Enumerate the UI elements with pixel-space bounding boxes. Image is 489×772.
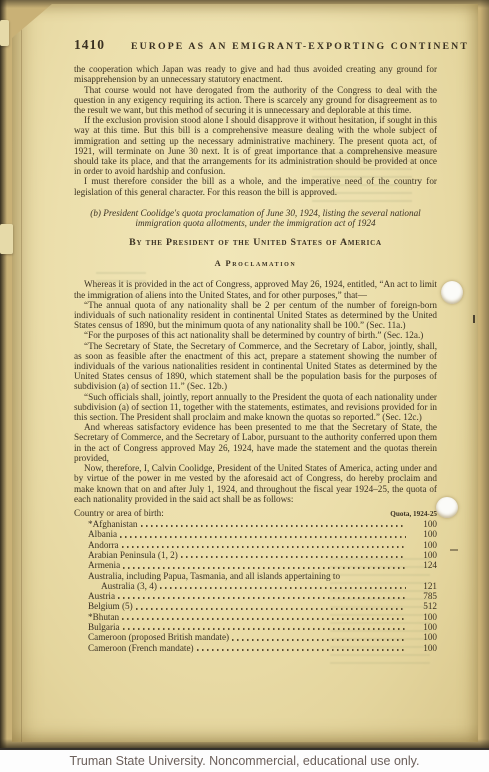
table-row: Australia (3, 4)121: [74, 581, 437, 591]
table-row: Australia, including Papua, Tasmania, an…: [74, 571, 437, 581]
proclamation-by-line: By the President of the United States of…: [74, 238, 437, 248]
dotted-leader: [232, 639, 406, 641]
country-name: Armenia: [74, 560, 120, 570]
dotted-leader: [160, 587, 406, 589]
dotted-leader: [118, 597, 406, 599]
quota-value: 100: [411, 529, 437, 539]
body-paragraph: That course would not have derogated fro…: [74, 85, 437, 116]
quota-value: 124: [411, 560, 437, 570]
quota-table-rows: *Afghanistan100Albania100Andorra100Arabi…: [74, 519, 437, 653]
dotted-leader: [141, 525, 407, 527]
quota-value: 785: [411, 591, 437, 601]
dotted-leader: [122, 618, 406, 620]
quota-value: 100: [411, 550, 437, 560]
dotted-leader: [123, 567, 406, 569]
page-edge-tab: [0, 224, 13, 254]
quota-value: 100: [411, 643, 437, 653]
dotted-leader: [120, 536, 406, 538]
country-name: Bulgaria: [74, 622, 120, 632]
dotted-leader: [122, 546, 406, 548]
proclamation-paragraphs: Whereas it is provided in the act of Con…: [74, 279, 437, 503]
proclamation-paragraph: “The Secretary of State, the Secretary o…: [74, 341, 437, 392]
page-content: 1410 EUROPE AS AN EMIGRANT-EXPORTING CON…: [74, 40, 437, 653]
country-name: *Afghanistan: [74, 519, 138, 529]
country-name: Australia (3, 4): [74, 581, 157, 591]
running-head: 1410 EUROPE AS AN EMIGRANT-EXPORTING CON…: [74, 40, 437, 52]
quota-value: 121: [411, 581, 437, 591]
running-title: EUROPE AS AN EMIGRANT-EXPORTING CONTINEN…: [131, 42, 469, 52]
page-edge-tab: [0, 20, 9, 46]
attribution-footer: Truman State University. Noncommercial, …: [0, 748, 489, 772]
country-name: Belgium (5): [74, 601, 133, 611]
proclamation-paragraph: “The annual quota of any nationality sha…: [74, 300, 437, 331]
proclamation-paragraph: And whereas satisfactory evidence has be…: [74, 422, 437, 463]
intro-paragraphs: the cooperation which Japan was ready to…: [74, 64, 437, 197]
table-row: *Afghanistan100: [74, 519, 437, 529]
table-row: *Bhutan100: [74, 612, 437, 622]
dotted-leader: [197, 649, 406, 651]
country-name: Austria: [74, 591, 115, 601]
quota-value: 100: [411, 612, 437, 622]
quota-value: 100: [411, 540, 437, 550]
country-name: Cameroon (French mandate): [74, 643, 194, 653]
page-number: 1410: [74, 40, 105, 50]
proclamation-paragraph: “For the purposes of this act nationalit…: [74, 330, 437, 340]
proclamation-paragraph: “Such officials shall, jointly, report a…: [74, 392, 437, 423]
body-paragraph: the cooperation which Japan was ready to…: [74, 64, 437, 84]
table-row: Belgium (5)512: [74, 601, 437, 611]
quota-value: 100: [411, 519, 437, 529]
table-row: Albania100: [74, 529, 437, 539]
body-paragraph: If the exclusion provision stood alone I…: [74, 115, 437, 176]
table-row: Cameroon (proposed British mandate)100: [74, 632, 437, 642]
proclamation-title: A Proclamation: [74, 259, 437, 269]
table-row: Andorra100: [74, 540, 437, 550]
quota-table: Country or area of birth: Quota, 1924-25…: [74, 508, 437, 653]
attribution-text: Truman State University. Noncommercial, …: [70, 754, 420, 768]
country-name: Australia, including Papua, Tasmania, an…: [74, 571, 340, 581]
table-row: Arabian Peninsula (1, 2)100: [74, 550, 437, 560]
dotted-leader: [123, 628, 406, 630]
country-name: Cameroon (proposed British mandate): [74, 632, 229, 642]
proclamation-paragraph: Now, therefore, I, Calvin Coolidge, Pres…: [74, 463, 437, 504]
country-name: Albania: [74, 529, 117, 539]
quota-table-header: Country or area of birth: Quota, 1924-25: [74, 508, 437, 519]
body-paragraph: I must therefore consider the bill as a …: [74, 176, 437, 196]
quota-value: 100: [411, 622, 437, 632]
proclamation-paragraph: Whereas it is provided in the act of Con…: [74, 279, 437, 299]
country-name: Andorra: [74, 540, 119, 550]
quota-value: 100: [411, 632, 437, 642]
punch-hole: [441, 281, 463, 304]
country-name: Arabian Peninsula (1, 2): [74, 550, 178, 560]
dotted-leader: [136, 608, 406, 610]
table-row: Austria785: [74, 591, 437, 601]
table-row: Armenia124: [74, 560, 437, 570]
country-name: *Bhutan: [74, 612, 119, 622]
dotted-leader: [181, 556, 406, 558]
section-heading: (b) President Coolidge's quota proclamat…: [78, 208, 433, 229]
table-row: Bulgaria100: [74, 622, 437, 632]
quota-value: 512: [411, 601, 437, 611]
quota-column-header: Quota, 1924-25: [390, 509, 437, 519]
punch-hole: [436, 497, 458, 518]
table-row: Cameroon (French mandate)100: [74, 643, 437, 653]
ink-mark: [473, 315, 475, 323]
country-column-header: Country or area of birth:: [74, 508, 164, 518]
ink-mark: [450, 549, 458, 551]
scanned-book-page: 1410 EUROPE AS AN EMIGRANT-EXPORTING CON…: [0, 0, 489, 748]
